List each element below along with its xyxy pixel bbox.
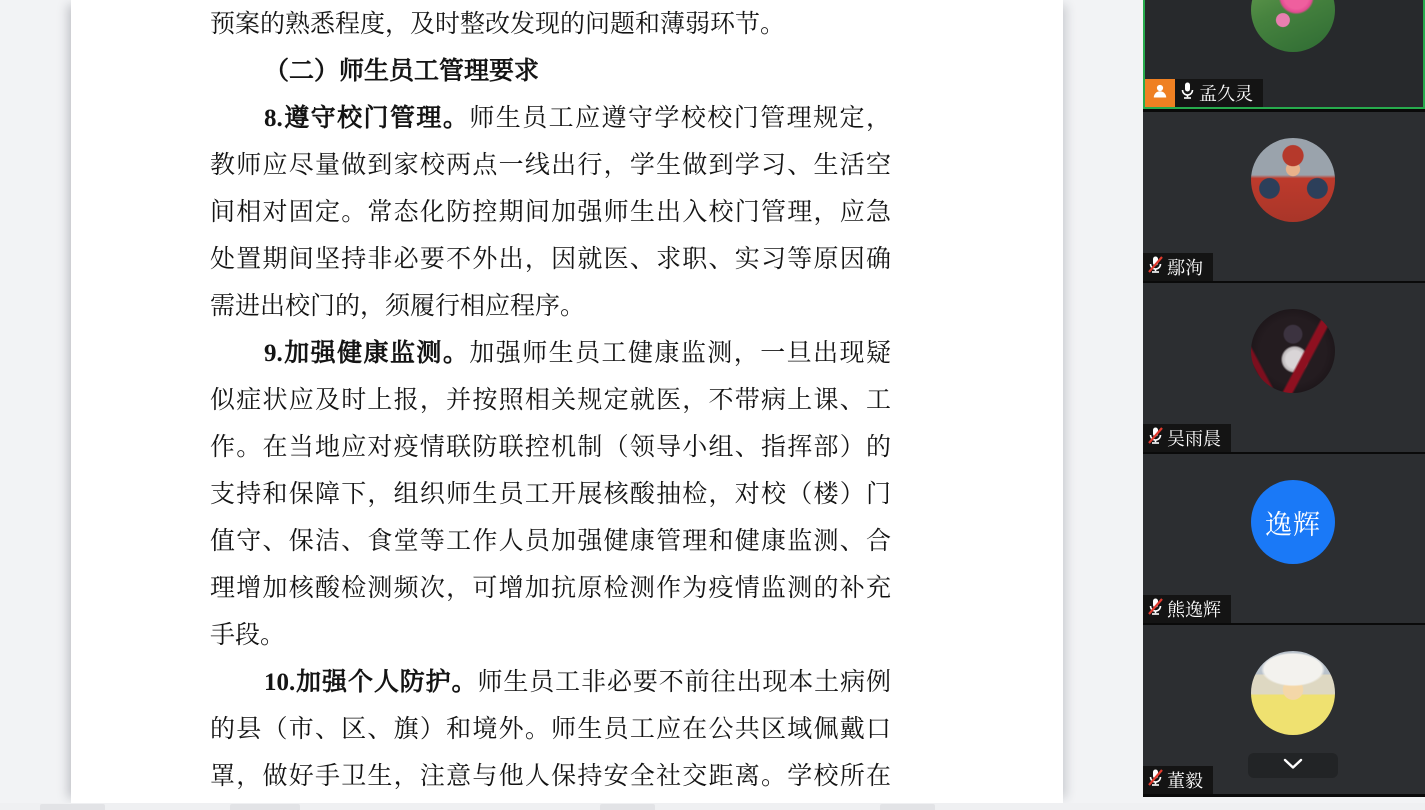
person-icon — [1151, 82, 1169, 105]
participant-name: 鄢洵 — [1167, 254, 1203, 280]
microphone-muted-icon — [1146, 597, 1165, 621]
document-line: 预案的熟悉程度，及时整改发现的问题和薄弱环节。 — [210, 1, 891, 48]
background-artifact — [230, 804, 300, 810]
document-line: 的县（市、区、旗）和境外。师生员工应在公共区域佩戴口 — [210, 706, 891, 753]
microphone-icon — [1178, 81, 1197, 105]
document-line: 8.遵守校门管理。师生员工应遵守学校校门管理规定， — [210, 95, 891, 142]
background-artifact — [880, 804, 935, 810]
participant-avatar-initials: 逸辉 — [1251, 480, 1335, 564]
document-line: 教师应尽量做到家校两点一线出行，学生做到学习、生活空 — [210, 142, 891, 189]
document-line: 支持和保障下，组织师生员工开展核酸抽检，对校（楼）门 — [210, 471, 891, 518]
document-content: 预案的熟悉程度，及时整改发现的问题和薄弱环节。 （二）师生员工管理要求 8.遵守… — [210, 1, 891, 800]
participant-name: 董毅 — [1167, 767, 1203, 793]
participant-name: 孟久灵 — [1199, 80, 1253, 106]
document-line: 作。在当地应对疫情联防联控机制（领导小组、指挥部）的 — [210, 424, 891, 471]
microphone-muted-icon — [1146, 255, 1165, 279]
document-line: 9.加强健康监测。加强师生员工健康监测，一旦出现疑 — [210, 330, 891, 377]
scroll-down-button[interactable] — [1248, 753, 1338, 778]
participant-name: 吴雨晨 — [1167, 425, 1221, 451]
participant-name-bar: 孟久灵 — [1175, 79, 1263, 107]
participant-tile[interactable]: 董毅 — [1143, 625, 1425, 794]
participant-name-bar: 吴雨晨 — [1143, 424, 1231, 452]
document-line: 处置期间坚持非必要不外出，因就医、求职、实习等原因确 — [210, 236, 891, 283]
participant-avatar-lotus — [1251, 0, 1335, 52]
meeting-window: 预案的熟悉程度，及时整改发现的问题和薄弱环节。 （二）师生员工管理要求 8.遵守… — [0, 0, 1425, 810]
host-badge — [1145, 79, 1175, 107]
document-line: 罩，做好手卫生，注意与他人保持安全社交距离。学校所在 — [210, 753, 891, 800]
participant-tile[interactable]: 孟久灵 — [1143, 0, 1425, 109]
document-line: 理增加核酸检测频次，可增加抗原检测作为疫情监测的补充 — [210, 565, 891, 612]
document-line: 需进出校门的，须履行相应程序。 — [210, 283, 891, 330]
participant-name: 熊逸辉 — [1167, 596, 1221, 622]
document-line: 10.加强个人防护。师生员工非必要不前往出现本土病例 — [210, 659, 891, 706]
document-line: 间相对固定。常态化防控期间加强师生出入校门管理，应急 — [210, 189, 891, 236]
participant-name-bar: 熊逸辉 — [1143, 595, 1231, 623]
participant-name-bar: 董毅 — [1143, 766, 1213, 794]
participant-tile[interactable]: 逸辉 熊逸辉 — [1143, 454, 1425, 623]
document-line: 值守、保洁、食堂等工作人员加强健康管理和健康监测、合 — [210, 518, 891, 565]
participant-avatar-photo — [1251, 309, 1335, 393]
participant-tile[interactable]: 鄢洵 — [1143, 112, 1425, 281]
microphone-muted-icon — [1146, 426, 1165, 450]
background-artifact — [600, 804, 655, 810]
background-artifact — [40, 804, 105, 810]
document-line: 似症状应及时上报，并按照相关规定就医，不带病上课、工 — [210, 377, 891, 424]
participant-name-bar: 鄢洵 — [1143, 253, 1213, 281]
document-heading: （二）师生员工管理要求 — [210, 48, 891, 95]
participant-avatar-photo — [1251, 138, 1335, 222]
shared-document-page: 预案的熟悉程度，及时整改发现的问题和薄弱环节。 （二）师生员工管理要求 8.遵守… — [71, 0, 1063, 803]
microphone-muted-icon — [1146, 768, 1165, 792]
chevron-down-icon — [1281, 757, 1305, 775]
document-line: 手段。 — [210, 612, 891, 659]
participant-avatar-photo — [1251, 651, 1335, 735]
bottom-edge-strip — [0, 803, 1425, 810]
participants-sidebar: 孟久灵 鄢洵 吴雨晨 逸辉 — [1143, 0, 1425, 797]
participant-tile[interactable]: 吴雨晨 — [1143, 283, 1425, 452]
avatar-initials-text: 逸辉 — [1265, 503, 1321, 542]
